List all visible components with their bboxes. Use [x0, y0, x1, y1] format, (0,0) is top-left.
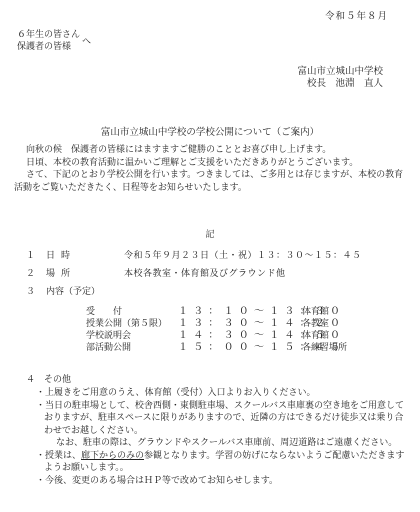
- item-number: １: [26, 251, 46, 262]
- schedule-row: 受 付１３：１０～１３：３０体育館: [86, 306, 329, 319]
- sender-school: 富山市立城山中学校: [297, 66, 383, 78]
- schedule-event: 受 付: [86, 307, 178, 318]
- schedule-row: 部活動公開１５：００～１５：４５各練習場所: [86, 342, 347, 355]
- schedule-event: 学校説明会: [86, 331, 178, 342]
- recipient-parents: 保護者の皆様: [17, 42, 71, 53]
- notes-list: ・上履きをご用意のうえ、体育館（受付）入口よりお入りください。 ・当日の駐車場と…: [36, 387, 406, 487]
- schedule-row: 学校説明会１４：３０～１４：５０体育館: [86, 330, 329, 343]
- item-label: 場所: [46, 269, 124, 280]
- item-label: 内容（予定）: [46, 287, 100, 297]
- item-number: ３: [26, 287, 46, 298]
- note-item: ・今後、変更のある場合はＨＰ等で改めてお知らせします。: [36, 475, 406, 488]
- item-number: ２: [26, 269, 46, 280]
- schedule-place: 各練習場所: [302, 343, 347, 353]
- recipient-students: ６年生の皆さん: [17, 30, 80, 41]
- document-title: 富山市立城山中学校の学校公開について（ご案内）: [0, 127, 420, 139]
- note-item: ・上履きをご用意のうえ、体育館（受付）入口よりお入りください。: [36, 387, 406, 400]
- item-content: ３内容（予定）: [26, 287, 100, 298]
- schedule-time: １３：３０～１４：２０: [178, 318, 302, 331]
- item-datetime: １日時令和５年９月２３日（土・祝）１３：３０～１５：４５: [26, 251, 362, 262]
- body-text: 向秋の候 保護者の皆様にはますますご健勝のこととお喜び申し上げます。 日頃、本校…: [14, 144, 410, 194]
- note-subitem: なお、駐車の際は、グラウンドやスクールバス車庫前、周辺道路はご遠慮ください。: [36, 437, 406, 450]
- item-value: 本校各教室・体育館及びグラウンド他: [124, 269, 286, 279]
- recipient-suffix: へ: [82, 37, 91, 48]
- schedule-place: 体育館: [302, 331, 329, 341]
- schedule-event: 授業公開（第５限）: [86, 319, 178, 330]
- schedule-row: 授業公開（第５限）１３：３０～１４：２０各教室: [86, 318, 329, 331]
- schedule-place: 体育館: [302, 307, 329, 317]
- schedule-time: １３：１０～１３：３０: [178, 306, 302, 319]
- schedule-event: 部活動公開: [86, 343, 178, 354]
- note-text: ・授業は、: [36, 451, 81, 461]
- schedule-place: 各教室: [302, 319, 329, 329]
- schedule-time: １５：００～１５：４５: [178, 342, 302, 355]
- item-place: ２場所本校各教室・体育館及びグラウンド他: [26, 269, 286, 280]
- greeting-paragraph: 向秋の候 保護者の皆様にはますますご健勝のこととお喜び申し上げます。: [14, 144, 410, 157]
- note-item: ・授業は、廊下からのみの参観となります。学習の妨げにならないようご配慮いただきま…: [36, 450, 406, 475]
- announcement-paragraph: さて、下記のとおり学校公開を行います。つきましては、ご多用とは存じますが、本校の…: [14, 169, 410, 194]
- item-value: 令和５年９月２３日（土・祝）１３：３０～１５：４５: [124, 251, 362, 261]
- ki-heading: 記: [0, 230, 420, 241]
- thanks-paragraph: 日頃、本校の教育活動に温かいご理解とご支援をいただきありがとうございます。: [14, 157, 410, 170]
- document-date: 令和５年８月: [325, 11, 388, 23]
- note-item: ・当日の駐車場として、校舎西側・東側駐車場、スクールバス車庫裏の空き地をご用意し…: [36, 400, 406, 438]
- other-heading: ４ その他: [26, 375, 71, 386]
- schedule-time: １４：３０～１４：５０: [178, 330, 302, 343]
- sender-principal: 校長 池淵 直人: [307, 78, 383, 90]
- item-label: 日時: [46, 251, 124, 262]
- note-underlined-text: 廊下からのみの: [81, 451, 144, 461]
